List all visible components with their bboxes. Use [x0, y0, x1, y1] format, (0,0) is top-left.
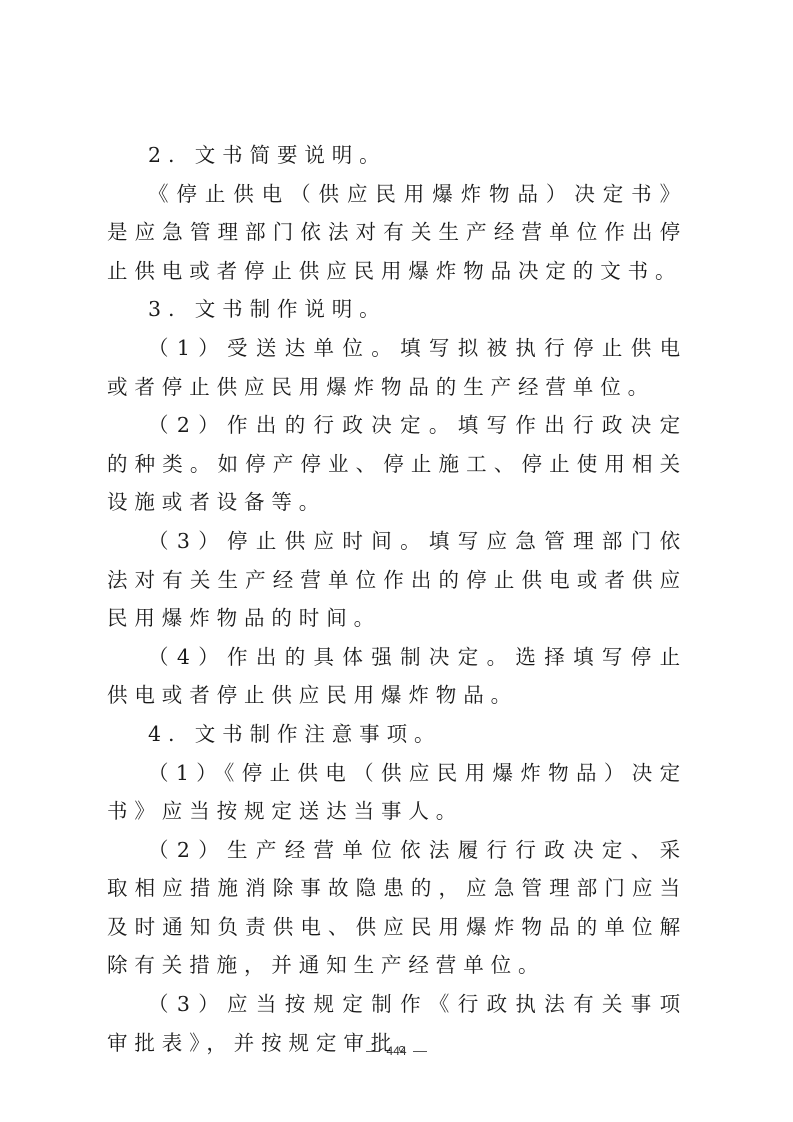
paragraph-item-3-1: （1）受送达单位。填写拟被执行停止供电或者停止供应民用爆炸物品的生产经营单位。: [107, 329, 687, 406]
footer-dash-right: [413, 1051, 427, 1052]
paragraph-item-4-2: （2）生产经营单位依法履行行政决定、采取相应措施消除事故隐患的，应急管理部门应当…: [107, 831, 687, 985]
page-footer: 444: [0, 1044, 793, 1058]
footer-dash-left: [366, 1051, 380, 1052]
page-number: 444: [386, 1044, 406, 1058]
paragraph-summary: 《停止供电（供应民用爆炸物品）决定书》是应急管理部门依法对有关生产经营单位作出停…: [107, 175, 687, 291]
paragraph-item-3-2: （2）作出的行政决定。填写作出行政决定的种类。如停产停业、停止施工、停止使用相关…: [107, 406, 687, 522]
document-body: 2. 文书简要说明。 《停止供电（供应民用爆炸物品）决定书》是应急管理部门依法对…: [107, 136, 687, 1062]
paragraph-item-4-1: （1）《停止供电（供应民用爆炸物品）决定书》应当按规定送达当事人。: [107, 754, 687, 831]
paragraph-item-3-4: （4）作出的具体强制决定。选择填写停止供电或者停止供应民用爆炸物品。: [107, 638, 687, 715]
section-heading-2: 2. 文书简要说明。: [107, 136, 687, 175]
section-heading-3: 3. 文书制作说明。: [107, 290, 687, 329]
section-heading-4: 4. 文书制作注意事项。: [107, 715, 687, 754]
paragraph-item-3-3: （3）停止供应时间。填写应急管理部门依法对有关生产经营单位作出的停止供电或者供应…: [107, 522, 687, 638]
